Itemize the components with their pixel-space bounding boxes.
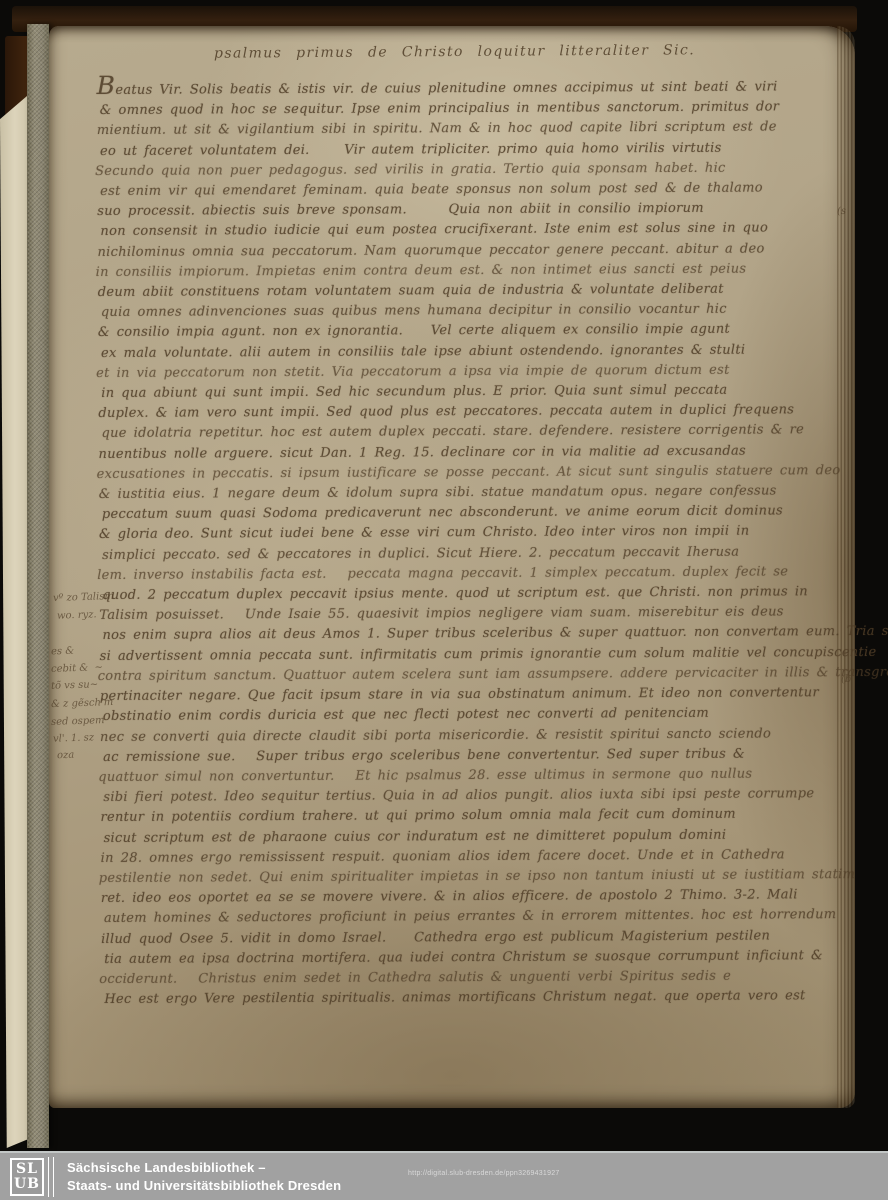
text-line: Beatus Vir. Solis beatis & istis vir. de… (97, 72, 847, 101)
margin-note: (s (837, 206, 846, 217)
footer-bar: SL UB Sächsische Landesbibliothek – Staa… (0, 1151, 888, 1200)
slub-logo-box: SL UB (10, 1158, 44, 1196)
margin-note: vº zo Talism (53, 591, 114, 604)
library-name: Sächsische Landesbibliothek – Staats- un… (67, 1159, 341, 1194)
margin-note: es & (51, 646, 75, 658)
margin-note: & z gẽsch'm (51, 697, 114, 710)
text-line: Hec est ergo Vere pestilentia spirituali… (104, 986, 854, 1010)
library-name-line1: Sächsische Landesbibliothek – (67, 1159, 341, 1177)
book-scan: psalmus primus de Christo loquitur litte… (0, 0, 888, 1200)
library-name-line2: Staats- und Universitätsbibliothek Dresd… (67, 1177, 341, 1195)
slub-logo-bars (48, 1157, 54, 1197)
margin-note: wo. ryz. (57, 609, 97, 621)
margin-note: sed ospem (51, 715, 105, 728)
margin-note: (b (841, 674, 852, 685)
flyleaf-edge (0, 96, 27, 1148)
margin-note: vl'. 1. sz (53, 732, 94, 744)
manuscript-text: Beatus Vir. Solis beatis & istis vir. de… (97, 72, 852, 1010)
slub-logo: SL UB (10, 1157, 54, 1197)
manuscript-heading: psalmus primus de Christo loquitur litte… (214, 42, 695, 61)
image-url: http://digital.slub-dresden.de/ppn326943… (408, 1170, 560, 1177)
slub-logo-letters-bottom: UB (14, 1177, 40, 1192)
manuscript-page: psalmus primus de Christo loquitur litte… (49, 26, 855, 1108)
margin-note: cebit & ~ (51, 662, 103, 675)
margin-note: oza (57, 750, 75, 762)
slub-logo-letters-top: SL (16, 1162, 38, 1177)
margin-note: tõ vs su~ (51, 679, 98, 692)
spine-cloth (27, 24, 49, 1148)
